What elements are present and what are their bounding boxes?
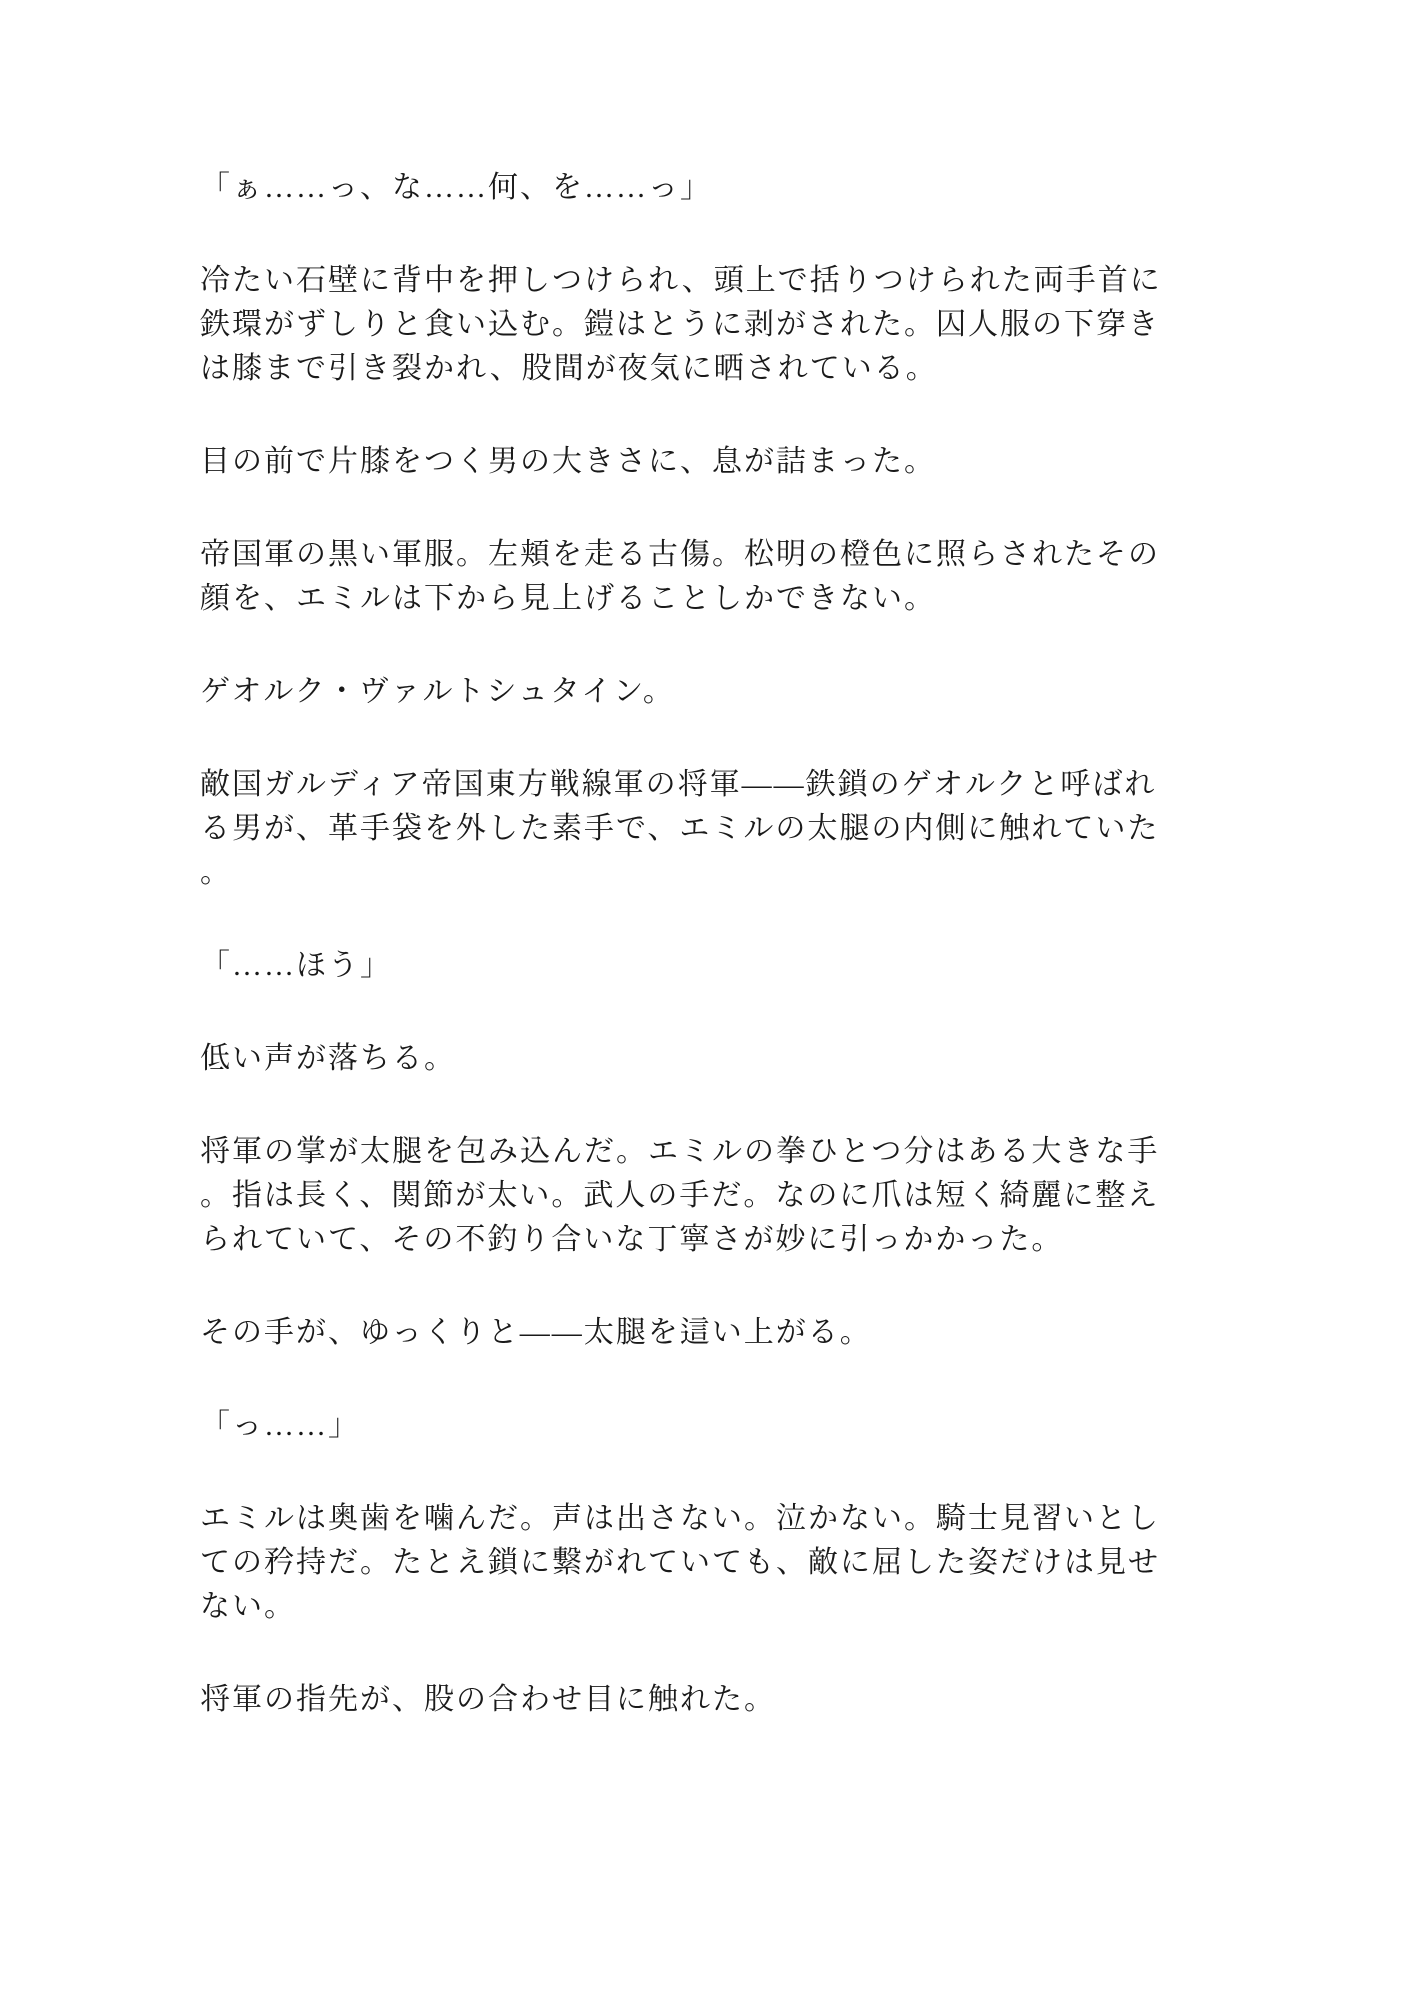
paragraph-06-narration: 敵国ガルディア帝国東方戦線軍の将軍――鉄鎖のゲオルクと呼ばれ る男が、革手袋を外… xyxy=(200,763,1235,895)
paragraph-09-narration: 将軍の掌が太腿を包み込んだ。エミルの拳ひとつ分はある大きな手 。指は長く、関節が… xyxy=(200,1130,1235,1262)
paragraph-01-dialogue: 「ぁ……っ、な……何、を……っ」 xyxy=(200,166,1235,210)
paragraph-02-narration: 冷たい石壁に背中を押しつけられ、頭上で括りつけられた両手首に 鉄環がずしりと食い… xyxy=(200,259,1235,391)
paragraph-13-narration: 将軍の指先が、股の合わせ目に触れた。 xyxy=(200,1678,1235,1722)
paragraph-04-narration: 帝国軍の黒い軍服。左頬を走る古傷。松明の橙色に照らされたその 顔を、エミルは下か… xyxy=(200,533,1235,621)
paragraph-03-narration: 目の前で片膝をつく男の大きさに、息が詰まった。 xyxy=(200,440,1235,484)
paragraph-05-narration: ゲオルク・ヴァルトシュタイン。 xyxy=(200,670,1235,714)
paragraph-11-dialogue: 「っ……」 xyxy=(200,1404,1235,1448)
paragraph-12-narration: エミルは奥歯を噛んだ。声は出さない。泣かない。騎士見習いとし ての矜持だ。たとえ… xyxy=(200,1497,1235,1629)
paragraph-07-dialogue: 「……ほう」 xyxy=(200,944,1235,988)
document-page: 「ぁ……っ、な……何、を……っ」 冷たい石壁に背中を押しつけられ、頭上で括りつけ… xyxy=(0,0,1415,2000)
paragraph-08-narration: 低い声が落ちる。 xyxy=(200,1037,1235,1081)
paragraph-10-narration: その手が、ゆっくりと――太腿を這い上がる。 xyxy=(200,1311,1235,1355)
